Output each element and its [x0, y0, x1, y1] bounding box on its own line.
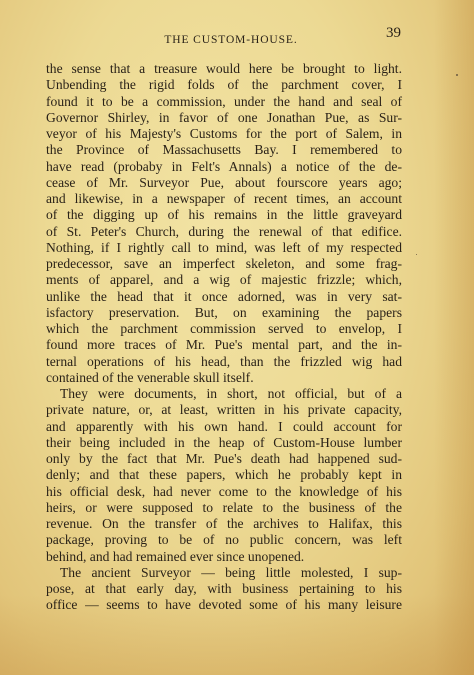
text-line: veyor of his Majesty's Customs for the p… [46, 126, 402, 142]
text-line: ments of apparel, and a wig of majestic … [46, 272, 402, 288]
text-line: private nature, or, at least, written in… [46, 402, 402, 418]
text-line: cease of Mr. Surveyor Pue, about foursco… [46, 175, 402, 191]
text-line: which the parchment commission served to… [46, 321, 402, 337]
text-line: package, proving to be of no public conc… [46, 532, 402, 548]
text-line: The ancient Surveyor — being little mole… [46, 565, 402, 581]
text-line: and likewise, in a newspaper of recent t… [46, 191, 402, 207]
paper-speck [416, 254, 417, 255]
text-line: predecessor, save an imperfect skeleton,… [46, 256, 402, 272]
page-number: 39 [386, 25, 401, 42]
paragraph: The ancient Surveyor — being little mole… [46, 565, 402, 614]
text-line: pose, at that early day, with business p… [46, 581, 402, 597]
paper-speck [456, 74, 458, 76]
text-line: unlike the head that it once adorned, wa… [46, 289, 402, 305]
body-text: the sense that a treasure would here be … [46, 61, 402, 614]
text-line: of St. Peter's Church, during the renewa… [46, 224, 402, 240]
text-line: heirs, or were supposed to relate to the… [46, 500, 402, 516]
text-line: Nothing, if I rightly call to mind, was … [46, 240, 402, 256]
paragraph: the sense that a treasure would here be … [46, 61, 402, 386]
text-line: Governor Shirley, in favor of one Jonath… [46, 110, 402, 126]
paragraph: They were documents, in short, not offic… [46, 386, 402, 565]
text-line: revenue. On the transfer of the archives… [46, 516, 402, 532]
text-line: isfactory preservation. But, on examinin… [46, 305, 402, 321]
text-line: found more traces of Mr. Pue's mental pa… [46, 337, 402, 353]
text-line: have read (probaby in Felt's Annals) a n… [46, 159, 402, 175]
text-line: the Province of Massachusetts Bay. I rem… [46, 142, 402, 158]
text-line: his official desk, had never come to the… [46, 484, 402, 500]
text-line: their being included in the heap of Cust… [46, 435, 402, 451]
text-line: and apparently with his own hand. I coul… [46, 419, 402, 435]
text-line: contained of the venerable skull itself. [46, 370, 402, 386]
text-line: behind, and had remained ever since unop… [46, 549, 402, 565]
text-line: the sense that a treasure would here be … [46, 61, 402, 77]
text-line: of the digging up of his remains in the … [46, 207, 402, 223]
text-line: ternal operations of his head, than the … [46, 354, 402, 370]
text-line: Unbending the rigid folds of the parchme… [46, 77, 402, 93]
text-line: They were documents, in short, not offic… [46, 386, 402, 402]
text-line: office — seems to have devoted some of h… [46, 597, 402, 613]
page-edge-shading [434, 0, 474, 675]
text-line: found it to be a commission, under the h… [46, 94, 402, 110]
text-line: denly; and that these papers, which he p… [46, 467, 402, 483]
text-line: only by the fact that Mr. Pue's death ha… [46, 451, 402, 467]
